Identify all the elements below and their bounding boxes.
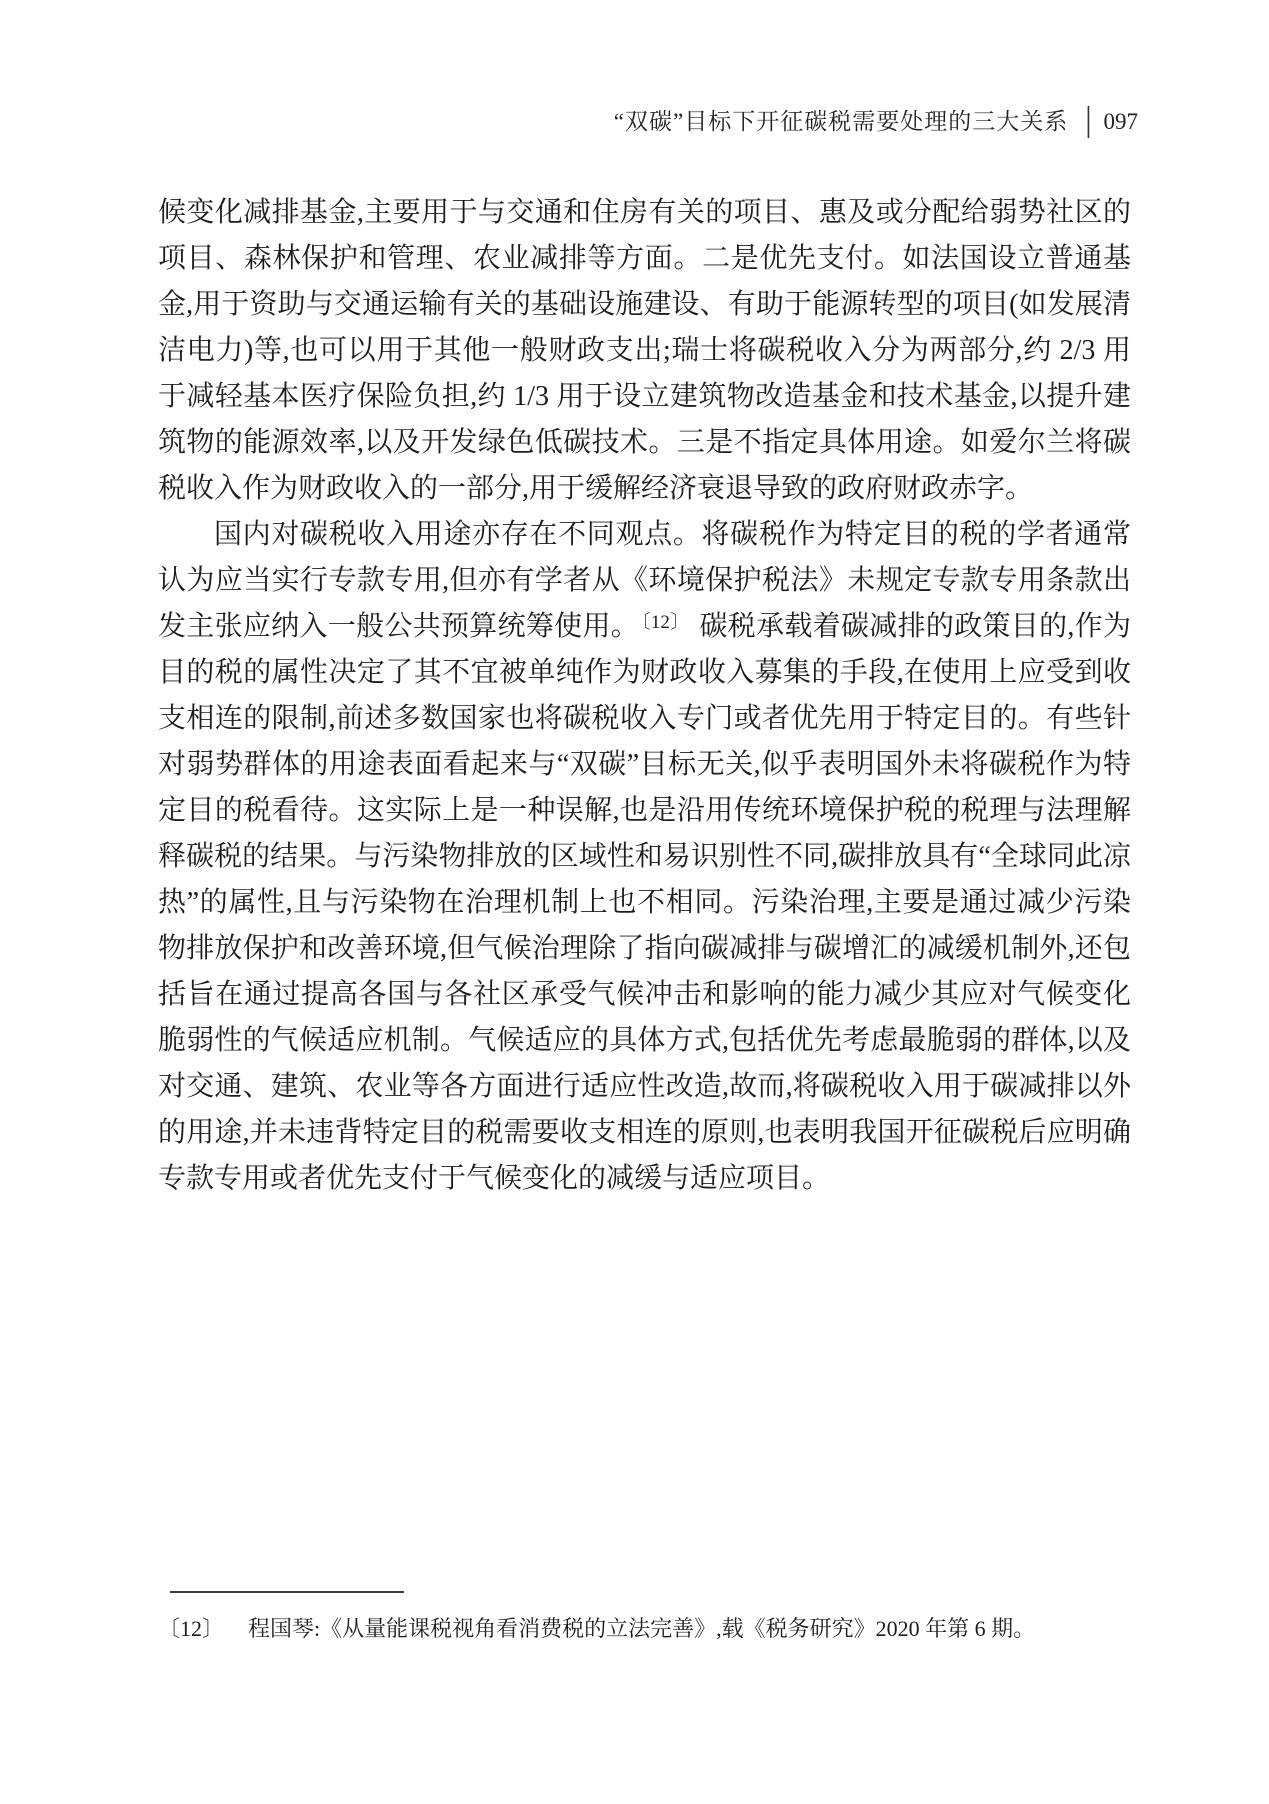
footnote-divider-rule [170,1591,404,1593]
footnote-text: 程国琴:《从量能课税视角看消费税的立法完善》,载《税务研究》2020 年第 6 … [248,1616,1035,1641]
footnote-marker: 〔12〕 [158,1616,224,1641]
page-number: 097 [1104,109,1139,134]
document-page: “双碳”目标下开征碳税需要处理的三大关系│097 候变化减排基金,主要用于与交通… [0,0,1269,1804]
paragraph-2: 国内对碳税收入用途亦存在不同观点。将碳税作为特定目的税的学者通常认为应当实行专款… [158,512,1131,1202]
paragraph-2-text-after-ref: 碳税承载着碳减排的政策目的,作为目的税的属性决定了其不宜被单纯作为财政收入募集的… [158,611,1131,1194]
footnote-reference-marker: 〔12〕 [641,612,689,633]
running-header: “双碳”目标下开征碳税需要处理的三大关系│097 [614,103,1138,136]
paragraph-1: 候变化减排基金,主要用于与交通和住房有关的项目、惠及或分配给弱势社区的项目、森林… [158,190,1131,512]
header-title: “双碳”目标下开征碳税需要处理的三大关系 [614,109,1068,134]
body-text-block: 候变化减排基金,主要用于与交通和住房有关的项目、惠及或分配给弱势社区的项目、森林… [158,190,1131,1202]
header-separator: │ [1080,107,1097,137]
footnote: 〔12〕程国琴:《从量能课税视角看消费税的立法完善》,载《税务研究》2020 年… [158,1612,1148,1646]
